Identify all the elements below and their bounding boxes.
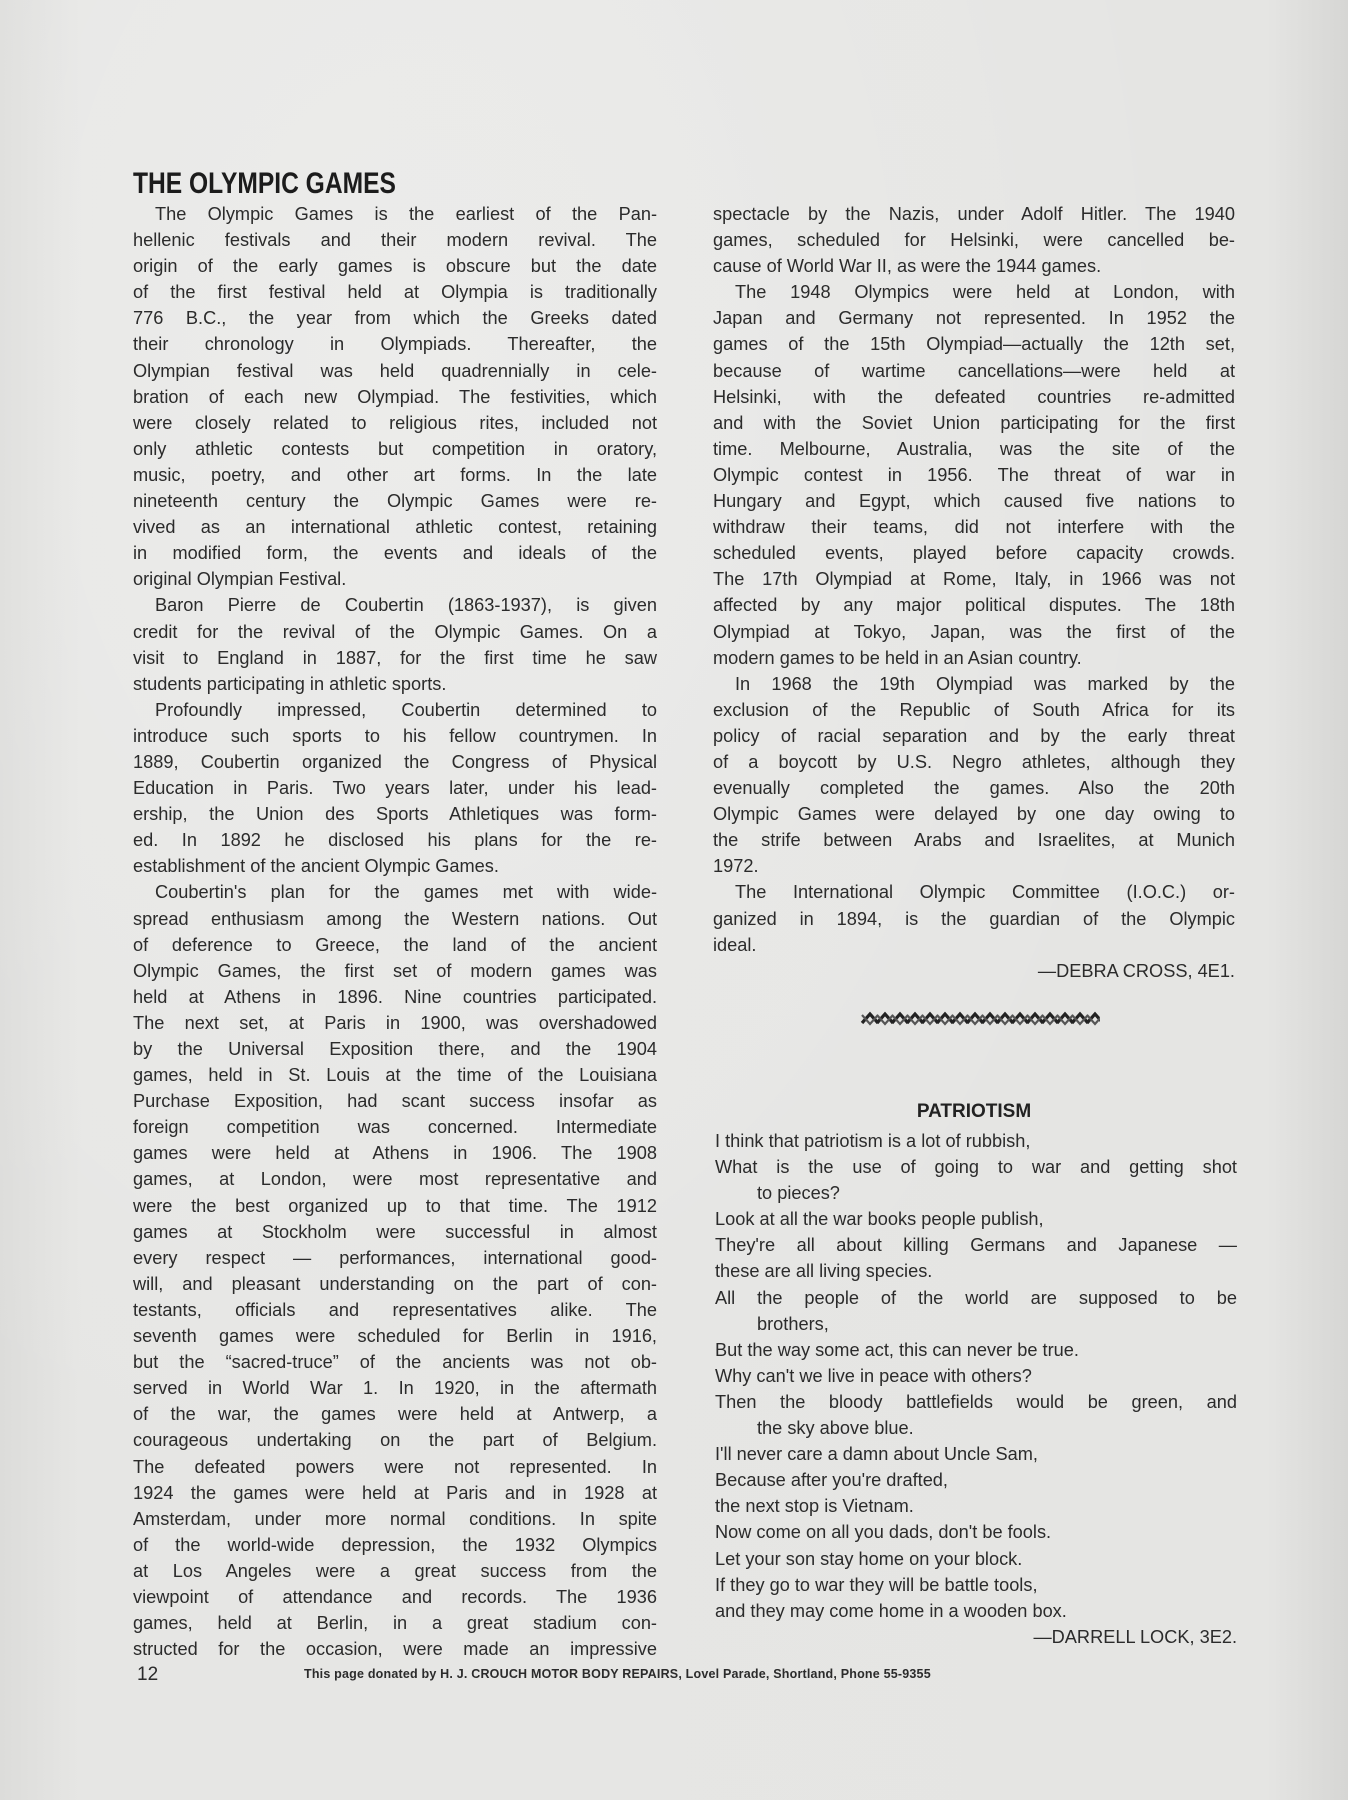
article-line: at Los Angeles were a great success from…: [133, 1558, 657, 1584]
article-line: nineteenth century the Olympic Games wer…: [133, 488, 657, 514]
article-byline: —DEBRA CROSS, 4E1.: [713, 958, 1235, 984]
article-line: exclusion of the Republic of South Afric…: [713, 697, 1235, 723]
article-line: Olympic Games, the first set of modern g…: [133, 958, 657, 984]
article-line: games, at London, were most representati…: [133, 1166, 657, 1192]
article-line: their chronology in Olympiads. Thereafte…: [133, 331, 657, 357]
article-line: games were held at Athens in 1906. The 1…: [133, 1140, 657, 1166]
article-line: by the Universal Exposition there, and t…: [133, 1036, 657, 1062]
poem-line: What is the use of going to war and gett…: [715, 1154, 1237, 1180]
article-line: Amsterdam, under more normal conditions.…: [133, 1506, 657, 1532]
article-line: students participating in athletic sport…: [133, 671, 657, 697]
article-line: Baron Pierre de Coubertin (1863-1937), i…: [133, 592, 657, 618]
article-line: introduce such sports to his fellow coun…: [133, 723, 657, 749]
article-line: withdraw their teams, did not interfere …: [713, 514, 1235, 540]
article-line: The 1948 Olympics were held at London, w…: [713, 279, 1235, 305]
article-line: The 17th Olympiad at Rome, Italy, in 196…: [713, 566, 1235, 592]
article-line: spectacle by the Nazis, under Adolf Hitl…: [713, 201, 1235, 227]
article-line: seventh games were scheduled for Berlin …: [133, 1323, 657, 1349]
article-line: games of the 15th Olympiad—actually the …: [713, 331, 1235, 357]
article-line: The Olympic Games is the earliest of the…: [133, 201, 657, 227]
poem-line: Look at all the war books people publish…: [715, 1206, 1237, 1232]
article-line: of deference to Greece, the land of the …: [133, 932, 657, 958]
article-line: in modified form, the events and ideals …: [133, 540, 657, 566]
poem-line: and they may come home in a wooden box.: [715, 1598, 1237, 1624]
poem-line: Now come on all you dads, don't be fools…: [715, 1519, 1237, 1545]
article-line: Profoundly impressed, Coubertin determin…: [133, 697, 657, 723]
article-line: of the war, the games were held at Antwe…: [133, 1401, 657, 1427]
poem-line: They're all about killing Germans and Ja…: [715, 1232, 1237, 1258]
poem-line: to pieces?: [715, 1180, 1237, 1206]
poem-line: Because after you're drafted,: [715, 1467, 1237, 1493]
article-line: every respect — performances, internatio…: [133, 1245, 657, 1271]
article-line: but the “sacred-truce” of the ancients w…: [133, 1349, 657, 1375]
article-line: Helsinki, with the defeated countries re…: [713, 384, 1235, 410]
poem-line: these are all living species.: [715, 1258, 1237, 1284]
article-line: In 1968 the 19th Olympiad was marked by …: [713, 671, 1235, 697]
article-line: the strife between Arabs and Israelites,…: [713, 827, 1235, 853]
article-line: and with the Soviet Union participating …: [713, 410, 1235, 436]
article-line: served in World War 1. In 1920, in the a…: [133, 1375, 657, 1401]
article-left-column: The Olympic Games is the earliest of the…: [133, 201, 657, 1662]
article-line: games at Stockholm were successful in al…: [133, 1219, 657, 1245]
poem-body: I think that patriotism is a lot of rubb…: [715, 1128, 1237, 1650]
poem-line: I think that patriotism is a lot of rubb…: [715, 1128, 1237, 1154]
article-line: ership, the Union des Sports Athletiques…: [133, 801, 657, 827]
article-line: games, scheduled for Helsinki, were canc…: [713, 227, 1235, 253]
article-line: Education in Paris. Two years later, und…: [133, 775, 657, 801]
article-line: games, held at Berlin, in a great stadiu…: [133, 1610, 657, 1636]
article-line: games, held in St. Louis at the time of …: [133, 1062, 657, 1088]
sponsor-credit: This page donated by H. J. CROUCH MOTOR …: [304, 1667, 931, 1681]
article-line: Olympic contest in 1956. The threat of w…: [713, 462, 1235, 488]
article-line: 1972.: [713, 853, 1235, 879]
poem-line: brothers,: [715, 1311, 1237, 1337]
article-line: Olympic Games were delayed by one day ow…: [713, 801, 1235, 827]
poem-byline: —DARRELL LOCK, 3E2.: [715, 1624, 1237, 1650]
poem-line: Then the bloody battlefields would be gr…: [715, 1389, 1237, 1415]
article-line: origin of the early games is obscure but…: [133, 253, 657, 279]
article-line: original Olympian Festival.: [133, 566, 657, 592]
article-line: Coubertin's plan for the games met with …: [133, 879, 657, 905]
article-line: because of wartime cancellations—were he…: [713, 358, 1235, 384]
article-line: Olympian festival was held quadrennially…: [133, 358, 657, 384]
article-line: time. Melbourne, Australia, was the site…: [713, 436, 1235, 462]
article-line: The defeated powers were not represented…: [133, 1454, 657, 1480]
article-line: ed. In 1892 he disclosed his plans for t…: [133, 827, 657, 853]
article-right-column: spectacle by the Nazis, under Adolf Hitl…: [713, 201, 1235, 984]
article-line: structed for the occasion, were made an …: [133, 1636, 657, 1662]
poem-line: Why can't we live in peace with others?: [715, 1363, 1237, 1389]
poem-line: If they go to war they will be battle to…: [715, 1572, 1237, 1598]
article-line: vived as an international athletic conte…: [133, 514, 657, 540]
page-number: 12: [137, 1664, 158, 1686]
article-line: of the world-wide depression, the 1932 O…: [133, 1532, 657, 1558]
article-line: The next set, at Paris in 1900, was over…: [133, 1010, 657, 1036]
poem-line: the next stop is Vietnam.: [715, 1493, 1237, 1519]
poem-line: the sky above blue.: [715, 1415, 1237, 1441]
article-line: music, poetry, and other art forms. In t…: [133, 462, 657, 488]
article-line: policy of racial separation and by the e…: [713, 723, 1235, 749]
braided-chain-divider-icon: [860, 1009, 1100, 1029]
article-line: establishment of the ancient Olympic Gam…: [133, 853, 657, 879]
article-title: THE OLYMPIC GAMES: [133, 166, 396, 202]
poem-line: I'll never care a damn about Uncle Sam,: [715, 1441, 1237, 1467]
article-line: foreign competition was concerned. Inter…: [133, 1114, 657, 1140]
article-line: held at Athens in 1896. Nine countries p…: [133, 984, 657, 1010]
article-line: will, and pleasant understanding on the …: [133, 1271, 657, 1297]
article-line: Olympiad at Tokyo, Japan, was the first …: [713, 619, 1235, 645]
article-line: ganized in 1894, is the guardian of the …: [713, 906, 1235, 932]
article-line: testants, officials and representatives …: [133, 1297, 657, 1323]
article-line: credit for the revival of the Olympic Ga…: [133, 619, 657, 645]
article-line: 1889, Coubertin organized the Congress o…: [133, 749, 657, 775]
article-line: evenually completed the games. Also the …: [713, 775, 1235, 801]
poem-line: All the people of the world are supposed…: [715, 1285, 1237, 1311]
article-line: were closely related to religious rites,…: [133, 410, 657, 436]
article-line: affected by any major political disputes…: [713, 592, 1235, 618]
article-line: Purchase Exposition, had scant success i…: [133, 1088, 657, 1114]
article-line: hellenic festivals and their modern revi…: [133, 227, 657, 253]
article-line: The International Olympic Committee (I.O…: [713, 879, 1235, 905]
article-line: bration of each new Olympiad. The festiv…: [133, 384, 657, 410]
article-line: were the best organized up to that time.…: [133, 1193, 657, 1219]
article-line: scheduled events, played before capacity…: [713, 540, 1235, 566]
article-line: 776 B.C., the year from which the Greeks…: [133, 305, 657, 331]
article-line: of a boycott by U.S. Negro athletes, alt…: [713, 749, 1235, 775]
magazine-page: THE OLYMPIC GAMES The Olympic Games is t…: [0, 0, 1348, 1800]
poem-title: PATRIOTISM: [713, 1100, 1235, 1124]
poem-line: Let your son stay home on your block.: [715, 1546, 1237, 1572]
poem-line: But the way some act, this can never be …: [715, 1337, 1237, 1363]
article-line: courageous undertaking on the part of Be…: [133, 1427, 657, 1453]
article-line: 1924 the games were held at Paris and in…: [133, 1480, 657, 1506]
article-line: of the first festival held at Olympia is…: [133, 279, 657, 305]
article-line: modern games to be held in an Asian coun…: [713, 645, 1235, 671]
article-line: Hungary and Egypt, which caused five nat…: [713, 488, 1235, 514]
article-line: cause of World War II, as were the 1944 …: [713, 253, 1235, 279]
article-line: only athletic contests but competition i…: [133, 436, 657, 462]
article-line: spread enthusiasm among the Western nati…: [133, 906, 657, 932]
article-line: visit to England in 1887, for the first …: [133, 645, 657, 671]
article-line: Japan and Germany not represented. In 19…: [713, 305, 1235, 331]
article-line: ideal.: [713, 932, 1235, 958]
article-line: viewpoint of attendance and records. The…: [133, 1584, 657, 1610]
